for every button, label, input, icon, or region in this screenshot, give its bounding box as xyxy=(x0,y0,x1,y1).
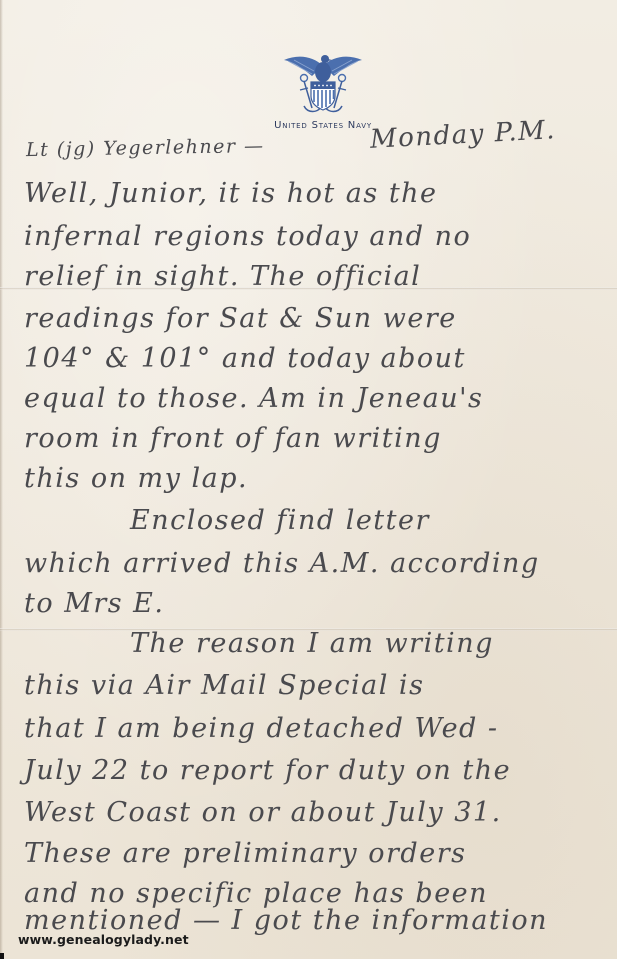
letter-line: Enclosed find letter xyxy=(130,505,430,536)
letter-page: United States Navy Lt (jg) Yegerlehner —… xyxy=(0,0,617,959)
letter-line: infernal regions today and no xyxy=(24,221,471,252)
letter-line: These are preliminary orders xyxy=(24,838,466,869)
letter-line: West Coast on or about July 31. xyxy=(24,797,502,828)
letter-line: this on my lap. xyxy=(24,463,248,494)
letter-line: room in front of fan writing xyxy=(24,423,442,454)
letter-line: equal to those. Am in Jeneau's xyxy=(24,383,483,414)
letter-line: 104° & 101° and today about xyxy=(24,343,466,374)
navy-crest-icon xyxy=(278,48,368,116)
letter-line: The reason I am writing xyxy=(130,628,494,659)
watermark: www.genealogylady.net xyxy=(18,932,189,947)
letterhead: United States Navy xyxy=(238,48,408,131)
letter-line: Well, Junior, it is hot as the xyxy=(24,178,438,209)
letter-line: July 22 to report for duty on the xyxy=(24,755,511,786)
addressee: Lt (jg) Yegerlehner — xyxy=(26,135,265,161)
letter-line: relief in sight. The official xyxy=(24,261,421,292)
scan-corner-mark xyxy=(0,953,4,959)
letter-line: to Mrs E. xyxy=(24,588,164,619)
letter-line: this via Air Mail Special is xyxy=(24,670,424,701)
letter-line: that I am being detached Wed - xyxy=(24,713,499,744)
letter-line: readings for Sat & Sun were xyxy=(24,303,457,334)
letter-line: which arrived this A.M. according xyxy=(24,548,540,579)
page-left-edge xyxy=(0,0,3,959)
